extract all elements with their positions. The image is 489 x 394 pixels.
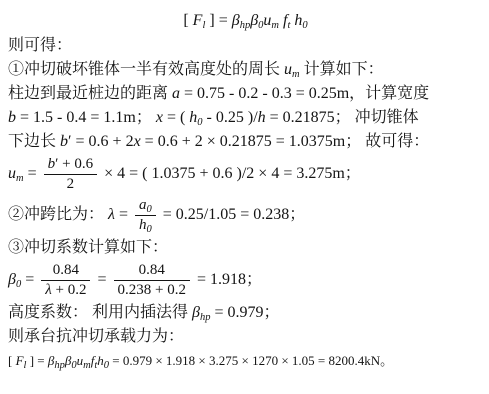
subscript: hp [54,360,65,371]
text-run: ②冲跨比为： [8,206,108,223]
text-run: = 0.979； [210,304,279,321]
text-run: b [8,109,16,126]
text-run: [ [183,12,192,29]
text-run: 则承台抗冲切承载力为： [8,328,184,345]
text-run: = ( [163,109,189,126]
text-run: 柱边到最近桩边的距离 [8,85,172,102]
text-run: = 0.979 × 1.918 × 3.275 × 1270 × 1.05 = … [109,353,393,368]
text-run: x [134,133,141,150]
text-run: βhp [192,304,210,321]
text-run: λ [108,206,115,223]
fraction: 0.840.238 + 0.2 [114,262,190,299]
line-7: um = b′ + 0.62 × 4 = ( 1.0375 + 0.6 )/2 … [8,154,483,195]
text-run: h0 [139,217,152,233]
text-run: 则可得： [8,37,72,54]
subscript: m [271,20,279,31]
line-8: ②冲跨比为： λ = a0h0 = 0.25/1.05 = 0.238； [8,195,483,236]
line-11: 高度系数： 利用内插法得 βhp = 0.979； [8,301,483,325]
text-run: Fl [16,353,27,368]
line-9: ③冲切系数计算如下： [8,236,483,260]
line-13: [ Fl ] = βhpβ0umfth0 = 0.979 × 1.918 × 3… [8,349,483,373]
text-run: = 1.918； [193,271,262,288]
text-run: ] = [26,353,47,368]
text-run: [ [8,353,16,368]
text-run: = [115,206,132,223]
subscript: 0 [302,20,307,31]
text-run: βhp [232,12,250,29]
line-1: [ Fl ] = βhpβ0um ft h0 [8,7,483,34]
fraction-denominator: 0.238 + 0.2 [114,281,190,299]
subscript: m [292,69,300,80]
text-run: h0 [290,12,307,29]
fraction: 0.84λ + 0.2 [41,262,90,299]
text-run: 2 [67,176,75,192]
text-run: + 0.2 [52,282,87,298]
text-run: 下边长 [8,133,60,150]
fraction-denominator: 2 [44,175,98,193]
text-run: um [77,353,91,368]
text-run: h0 [97,353,109,368]
subscript: 0 [71,360,76,371]
text-run: 0.84 [53,262,79,278]
text-run: = 0.21875； 冲切锥体 [266,109,419,126]
text-run: h [258,109,266,126]
text-run: b [48,156,56,172]
text-run: b [60,133,68,150]
text-run: x [156,109,163,126]
line-6: 下边长 b′ = 0.6 + 2x = 0.6 + 2 × 0.21875 = … [8,130,483,154]
fraction: a0h0 [135,197,156,234]
subscript: 0 [146,204,151,215]
text-run: a [172,85,180,102]
text-run: β0 [8,271,21,288]
line-10: β0 = 0.84λ + 0.2 = 0.840.238 + 0.2 = 1.9… [8,260,483,301]
text-run: × 4 = ( 1.0375 + 0.6 )/2 × 4 = 3.275m； [100,165,361,182]
text-run: ③冲切系数计算如下： [8,239,168,256]
fraction-numerator: 0.84 [114,262,190,281]
text-run: 0.238 + 0.2 [118,282,186,298]
text-run: um [284,61,300,78]
fraction-denominator: h0 [135,216,156,234]
text-run: 计算如下： [300,61,384,78]
text-run: = [21,271,38,288]
subscript: hp [240,20,251,31]
text-run: = [93,271,110,288]
text-run: um [8,165,24,182]
line-5: b = 1.5 - 0.4 = 1.1m； x = ( h0 - 0.25 )/… [8,106,483,130]
text-run: ] = [205,12,231,29]
line-12: 则承台抗冲切承载力为： [8,325,483,349]
text-run: = 1.5 - 0.4 = 1.1m； [16,109,156,126]
text-run: 高度系数： 利用内插法得 [8,304,192,321]
line-4: 柱边到最近桩边的距离 a = 0.75 - 0.2 - 0.3 = 0.25m，… [8,82,483,106]
subscript: hp [200,312,211,323]
text-run: ′ = 0.6 + 2 [68,133,134,150]
text-run: a0 [139,197,152,213]
subscript: m [83,360,91,371]
text-run: = [24,165,41,182]
fraction-denominator: λ + 0.2 [41,281,90,299]
subscript: m [16,173,24,184]
text-run: = 0.6 + 2 × 0.21875 = 1.0375m； 故可得： [141,133,430,150]
subscript: 0 [146,224,151,235]
line-2: 则可得： [8,34,483,58]
document-page: [ Fl ] = βhpβ0um ft h0则可得：①冲切破坏锥体一半有效高度处… [0,0,489,394]
text-run: βhp [48,353,65,368]
text-run: = 0.25/1.05 = 0.238； [159,206,306,223]
text-run: β0 [250,12,263,29]
fraction-numerator: b′ + 0.6 [44,156,98,175]
text-run: β0 [65,353,77,368]
fraction-numerator: a0 [135,197,156,216]
text-run: = 0.75 - 0.2 - 0.3 = 0.25m，计算宽度 [180,85,429,102]
text-run: - 0.25 )/ [203,109,258,126]
fraction-numerator: 0.84 [41,262,90,281]
text-run: ①冲切破坏锥体一半有效高度处的周长 [8,61,284,78]
text-run: ′ + 0.6 [55,156,93,172]
text-run: 0.84 [139,262,165,278]
line-3: ①冲切破坏锥体一半有效高度处的周长 um 计算如下： [8,58,483,82]
text-run: h0 [189,109,202,126]
text-run: Fl [193,12,206,29]
text-run: ft [279,12,290,29]
fraction: b′ + 0.62 [44,156,98,193]
text-run: um [263,12,279,29]
